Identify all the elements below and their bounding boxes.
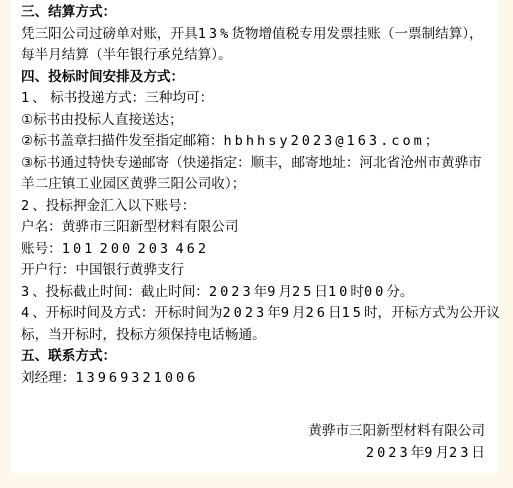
doc-line: 四、投标时间安排及方式：	[21, 67, 494, 89]
doc-line: ②标书盖章扫描件发至指定邮箱：hbhhsy2023@163.com；	[21, 131, 494, 153]
document-body: 三、结算方式：凭三阳公司过磅单对账，开具13%货物增值税专用发票挂账（一票制结算…	[21, 2, 494, 389]
doc-line: 开户行：中国银行黄骅支行	[21, 260, 494, 282]
signature-company: 黄骅市三阳新型材料有限公司	[21, 421, 485, 443]
doc-line: ①标书由投标人直接送达；	[21, 110, 494, 132]
doc-line: 凭三阳公司过磅单对账，开具13%货物增值税专用发票挂账（一票制结算），	[21, 24, 494, 46]
signature-date: 2023年9月23日	[21, 443, 485, 465]
doc-line: 1、 标书投递方式：三种均可：	[21, 88, 494, 110]
doc-line: 3、投标截止时间：截止时间：2023年9月25日10时00分。	[21, 282, 494, 304]
doc-line: 刘经理：13969321006	[21, 368, 494, 390]
doc-line: 2、投标押金汇入以下账号：	[21, 196, 494, 218]
doc-line: 户名：黄骅市三阳新型材料有限公司	[21, 217, 494, 239]
doc-line: 羊二庄镇工业园区黄骅三阳公司收）；	[21, 174, 494, 196]
doc-line: ③标书通过特快专递邮寄（快递指定：顺丰，邮寄地址：河北省沧州市黄骅市	[21, 153, 494, 175]
doc-line: 每半月结算（半年银行承兑结算）。	[21, 45, 494, 67]
document-paper: 三、结算方式：凭三阳公司过磅单对账，开具13%货物增值税专用发票挂账（一票制结算…	[10, 0, 498, 473]
doc-line: 五、联系方式：	[21, 346, 494, 368]
page-background: 三、结算方式：凭三阳公司过磅单对账，开具13%货物增值税专用发票挂账（一票制结算…	[0, 0, 513, 488]
doc-line: 4、开标时间及方式：开标时间为2023年9月26日15时，开标方式为公开议	[21, 303, 494, 325]
doc-line: 三、结算方式：	[21, 2, 494, 24]
signature-block: 黄骅市三阳新型材料有限公司 2023年9月23日	[21, 421, 494, 464]
doc-line: 标，当开标时，投标方须保持电话畅通。	[21, 325, 494, 347]
doc-line: 账号：101 200 203 462	[21, 239, 494, 261]
